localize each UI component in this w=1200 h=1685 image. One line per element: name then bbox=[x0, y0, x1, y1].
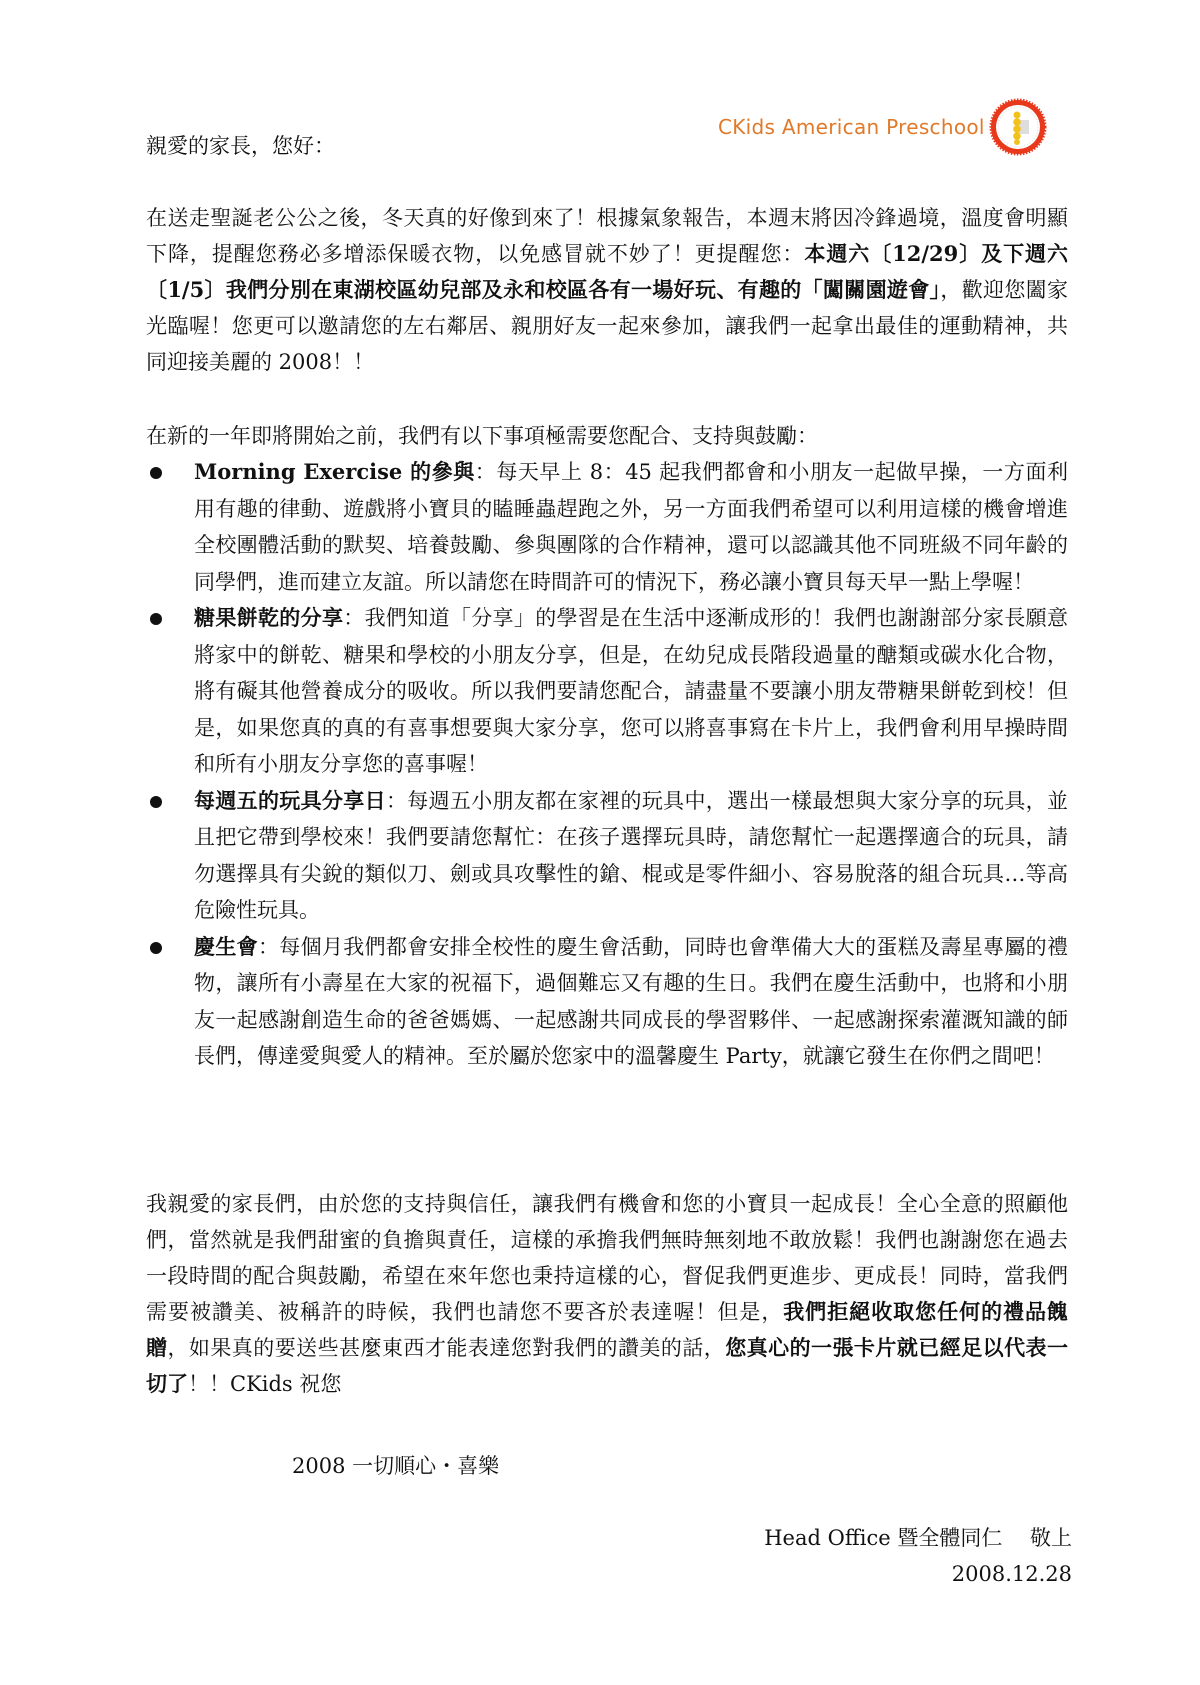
item-body: ：每個月我們都會安排全校性的慶生會活動，同時也會準備大大的蛋糕及壽星專屬的禮物，… bbox=[194, 935, 1068, 1069]
greeting: 親愛的家長，您好： bbox=[146, 128, 335, 164]
request-list: Morning Exercise 的參與：每天早上 8：45 起我們都會和小朋友… bbox=[146, 454, 1068, 1075]
closing-paragraph: 我親愛的家長們，由於您的支持與信任，讓我們有機會和您的小寶貝一起成長！全心全意的… bbox=[146, 1186, 1068, 1402]
request-intro: 在新的一年即將開始之前，我們有以下事項極需要您配合、支持與鼓勵： bbox=[146, 418, 1068, 454]
list-item-snack-sharing: 糖果餅乾的分享：我們知道「分享」的學習是在生活中逐漸成形的！我們也謝謝部分家長願… bbox=[146, 600, 1068, 783]
bullet-icon bbox=[150, 467, 162, 479]
bullet-icon bbox=[150, 942, 162, 954]
intro-paragraph: 在送走聖誕老公公之後，冬天真的好像到來了！根據氣象報告，本週末將因冷鋒過境，溫度… bbox=[146, 200, 1068, 380]
list-item-toy-sharing-day: 每週五的玩具分享日：每週五小朋友都在家裡的玩具中，選出一樣最想與大家分享的玩具，… bbox=[146, 783, 1068, 929]
item-title: 慶生會 bbox=[194, 934, 258, 959]
item-title: 糖果餅乾的分享 bbox=[194, 605, 343, 630]
item-title: Morning Exercise 的參與 bbox=[194, 459, 475, 484]
closing-text-2: ，如果真的要送些甚麼東西才能表達您對我們的讚美的話， bbox=[167, 1336, 725, 1360]
item-body: ：我們知道「分享」的學習是在生活中逐漸成形的！我們也謝謝部分家長願意將家中的餅乾… bbox=[194, 606, 1068, 776]
closing-text-3: ！！CKids 祝您 bbox=[188, 1372, 341, 1396]
bullet-icon bbox=[150, 613, 162, 625]
list-item-morning-exercise: Morning Exercise 的參與：每天早上 8：45 起我們都會和小朋友… bbox=[146, 454, 1068, 600]
list-item-birthday-party: 慶生會：每個月我們都會安排全校性的慶生會活動，同時也會準備大大的蛋糕及壽星專屬的… bbox=[146, 929, 1068, 1075]
signature-from: Head Office 暨全體同仁 敬上 bbox=[764, 1520, 1072, 1556]
logo-text: CKids American Preschool bbox=[718, 115, 985, 139]
new-year-wish: 2008 一切順心・喜樂 bbox=[292, 1448, 499, 1484]
signature-block: Head Office 暨全體同仁 敬上 2008.12.28 bbox=[764, 1520, 1072, 1592]
bullet-icon bbox=[150, 796, 162, 808]
item-title: 每週五的玩具分享日 bbox=[194, 788, 386, 813]
school-seal-icon bbox=[989, 98, 1047, 156]
letter-page: CKids American Preschool 親愛的家長，您好： 在送走聖誕… bbox=[0, 0, 1200, 1685]
signature-date: 2008.12.28 bbox=[764, 1556, 1072, 1592]
school-logo: CKids American Preschool bbox=[718, 92, 1047, 162]
